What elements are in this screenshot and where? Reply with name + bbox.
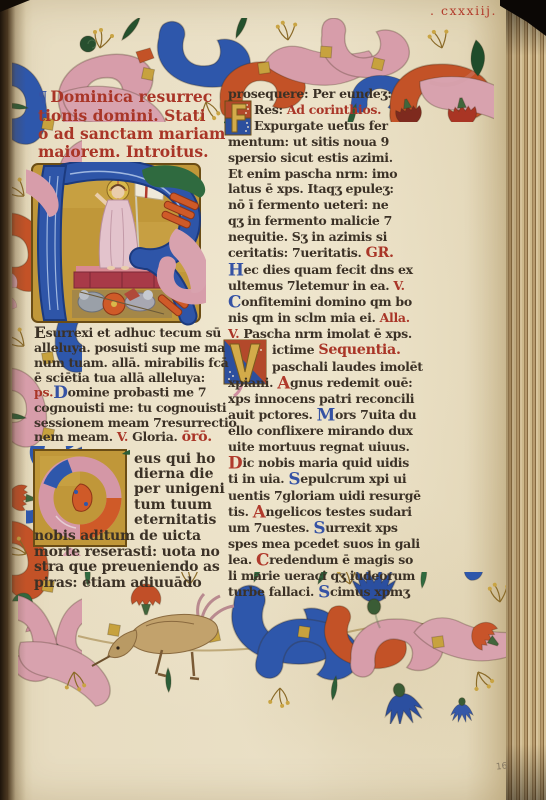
text-line: ello conflixere mirando dux [228,423,423,439]
text-line: tionis domini. Stati [38,107,225,125]
epistle-column-text: prosequere: Per eundeʒ:Res: Ad corinthio… [228,86,423,600]
text-line: per unigeni [134,482,225,497]
soldiers-group [72,288,172,318]
collect-full-text: nobis aditum de uictamorte reserasti: uo… [34,529,220,591]
text-line: sessionem meam 7resurrectio [34,416,236,431]
initial-r-historiated [26,162,206,326]
text-line: stra que preueniendo as [34,560,220,576]
text-line: mentum: ut sitis noua 9 [228,134,423,150]
text-line: ictime Sequentia. [228,342,423,359]
text-line: ti in uia. Sepulcrum xpi ui [228,471,423,487]
text-line: ps.Domine probasti me 7 [34,385,236,400]
text-line: Et enim pascha nrm: imo [228,166,423,182]
text-line: tis. Angelicos testes sudari [228,504,423,520]
text-line: Confitemini domino qm bo [228,294,423,310]
text-line: nobis aditum de uicta [34,529,220,545]
text-line: ultemus 7letemur in ea. V. [228,278,423,294]
text-line: ceritatis: 7ueritatis. GR. [228,245,423,262]
text-line: Expurgate uetus fer [228,118,423,134]
text-line: tum tuum [134,498,225,513]
fore-edge-pages [506,0,546,800]
text-line: spersio sicut estis azimi. [228,150,423,166]
text-line: Esurrexi et adhuc tecum sū [34,326,236,341]
text-line: Hec dies quam fecit dns ex [228,262,423,278]
text-line: ¶Dominica resurrec [38,88,225,107]
text-line: Res: Ad corinthios. [228,102,423,118]
folio-number: . cxxxiij. [430,3,497,18]
text-line: eternitatis [134,513,225,528]
text-line: eus qui ho [134,452,225,467]
text-line: cognouisti me: tu cognouisti [34,401,236,416]
text-line: prosequere: Per eundeʒ: [228,86,423,102]
text-line: xpiani. Agnus redemit ouē: [228,375,423,391]
text-line: nō ī fermento ueteri: ne [228,197,423,213]
text-line: alleluya. posuisti sup me ma [34,341,236,356]
text-line: uite mortuus regnat uiuus. [228,439,423,455]
text-line: dierna die [134,467,225,482]
text-line: paschali laudes imolēt [228,359,423,375]
text-line: maiorem. Introitus. [38,143,225,161]
border-creature-bird [92,594,234,679]
text-line: latus ē xps. Itaqʒ epuleʒ: [228,181,423,197]
text-line: num tuam. allā. mirabilis fcā [34,356,236,371]
text-line: V. Pascha nrm imolat ē xps. [228,326,423,342]
text-line: um 7uestes. Surrexit xps [228,520,423,536]
text-line: nequitie. Sʒ in azimis si [228,229,423,245]
text-line: morte reserasti: uota no [34,545,220,561]
text-line: nem meam. V. Gloria. ōrō. [34,430,236,445]
text-line: o ad sanctam mariam [38,125,225,143]
pencil-folio-number: 16 [496,761,508,772]
text-line: piras: etiam adiuuādo [34,576,220,592]
text-line: Dic nobis maria quid uidis [228,455,423,471]
text-line: lea. Credendum ē magis so [228,552,423,568]
text-line: auit pctores. Mors 7uita du [228,407,423,423]
collect-wrapped-text: eus qui hodierna dieper unigenitum tuume… [134,452,225,528]
text-line: turbe fallaci. Scimus xpmʒ [228,584,423,600]
text-line: nis qm in sclm mia ei. Alla. [228,310,423,326]
text-line: qʒ in fermento malicie 7 [228,213,423,229]
rubric-heading: ¶Dominica resurrectionis domini. Statio … [38,88,225,161]
introit-text: Esurrexi et adhuc tecum sūalleluya. posu… [34,326,236,445]
